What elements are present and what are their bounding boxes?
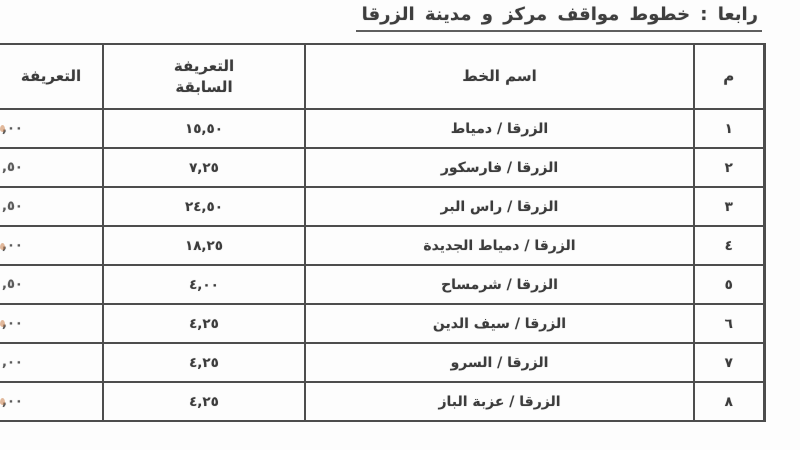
row-number-cell: ٣ xyxy=(694,187,764,226)
previous-tariff-cell: ٤,٢٥ xyxy=(103,343,305,382)
tariff-fragment-cell: ,٥٠ xyxy=(0,148,103,187)
line-name-cell: الزرقا / شرمساح xyxy=(305,265,694,304)
tariff-fragment-cell: ,٠٠ xyxy=(0,109,103,148)
previous-tariff-cell: ١٥,٥٠ xyxy=(103,109,305,148)
table-row: ٣ الزرقا / راس البر ٢٤,٥٠ ,٥٠ xyxy=(0,187,764,226)
table-row: ٢ الزرقا / فارسكور ٧,٢٥ ,٥٠ xyxy=(0,148,764,187)
line-name-cell: الزرقا / دمياط xyxy=(305,109,694,148)
previous-tariff-cell: ٤,٢٥ xyxy=(103,304,305,343)
line-name-cell: الزرقا / سيف الدين xyxy=(305,304,694,343)
tariff-fragment-cell: ,٥٠ xyxy=(0,187,103,226)
row-number-cell: ٤ xyxy=(694,226,764,265)
tariff-fragment-cell: ,٠٠ xyxy=(0,382,103,421)
column-header-previous-tariff: التعريفة السابقة xyxy=(103,44,305,109)
column-header-line-name: اسم الخط xyxy=(305,44,694,109)
row-number-cell: ١ xyxy=(694,109,764,148)
table-row: ١ الزرقا / دمياط ١٥,٥٠ ,٠٠ xyxy=(0,109,764,148)
column-header-tariff: التعريفة xyxy=(0,44,103,109)
scan-artifact xyxy=(0,125,5,132)
tariff-fragment-cell: ,٠٠ xyxy=(0,304,103,343)
row-number-cell: ٦ xyxy=(694,304,764,343)
row-number-cell: ٢ xyxy=(694,148,764,187)
table-row: ٨ الزرقا / عزبة الباز ٤,٢٥ ,٠٠ xyxy=(0,382,764,421)
column-header-number: م xyxy=(694,44,764,109)
previous-tariff-header-line2: السابقة xyxy=(104,77,304,98)
scan-artifact xyxy=(0,320,5,327)
scan-artifact xyxy=(0,243,5,250)
tariff-fragment-cell: ,٠٠ xyxy=(0,343,103,382)
table-row: ٥ الزرقا / شرمساح ٤,٠٠ ,٥٠ xyxy=(0,265,764,304)
table-row: ٧ الزرقا / السرو ٤,٢٥ ,٠٠ xyxy=(0,343,764,382)
tariff-fragment-cell: ,٥٠ xyxy=(0,265,103,304)
line-name-cell: الزرقا / دمياط الجديدة xyxy=(305,226,694,265)
previous-tariff-cell: ٤,٢٥ xyxy=(103,382,305,421)
table-row: ٤ الزرقا / دمياط الجديدة ١٨,٢٥ ,٠٠ xyxy=(0,226,764,265)
row-number-cell: ٧ xyxy=(694,343,764,382)
previous-tariff-cell: ٢٤,٥٠ xyxy=(103,187,305,226)
document-title: رابعا : خطوط مواقف مركز و مدينة الزرقا xyxy=(356,4,762,32)
table-header-row: م اسم الخط التعريفة السابقة التعريفة xyxy=(0,44,764,109)
row-number-cell: ٨ xyxy=(694,382,764,421)
tariff-table: م اسم الخط التعريفة السابقة التعريفة ١ ا… xyxy=(0,43,766,422)
previous-tariff-cell: ٧,٢٥ xyxy=(103,148,305,187)
row-number-cell: ٥ xyxy=(694,265,764,304)
line-name-cell: الزرقا / عزبة الباز xyxy=(305,382,694,421)
scanned-document-page: رابعا : خطوط مواقف مركز و مدينة الزرقا م… xyxy=(0,0,800,450)
line-name-cell: الزرقا / السرو xyxy=(305,343,694,382)
previous-tariff-cell: ٤,٠٠ xyxy=(103,265,305,304)
table-row: ٦ الزرقا / سيف الدين ٤,٢٥ ,٠٠ xyxy=(0,304,764,343)
previous-tariff-cell: ١٨,٢٥ xyxy=(103,226,305,265)
line-name-cell: الزرقا / راس البر xyxy=(305,187,694,226)
previous-tariff-header-line1: التعريفة xyxy=(104,56,304,77)
tariff-fragment-cell: ,٠٠ xyxy=(0,226,103,265)
scan-artifact xyxy=(0,398,5,405)
line-name-cell: الزرقا / فارسكور xyxy=(305,148,694,187)
